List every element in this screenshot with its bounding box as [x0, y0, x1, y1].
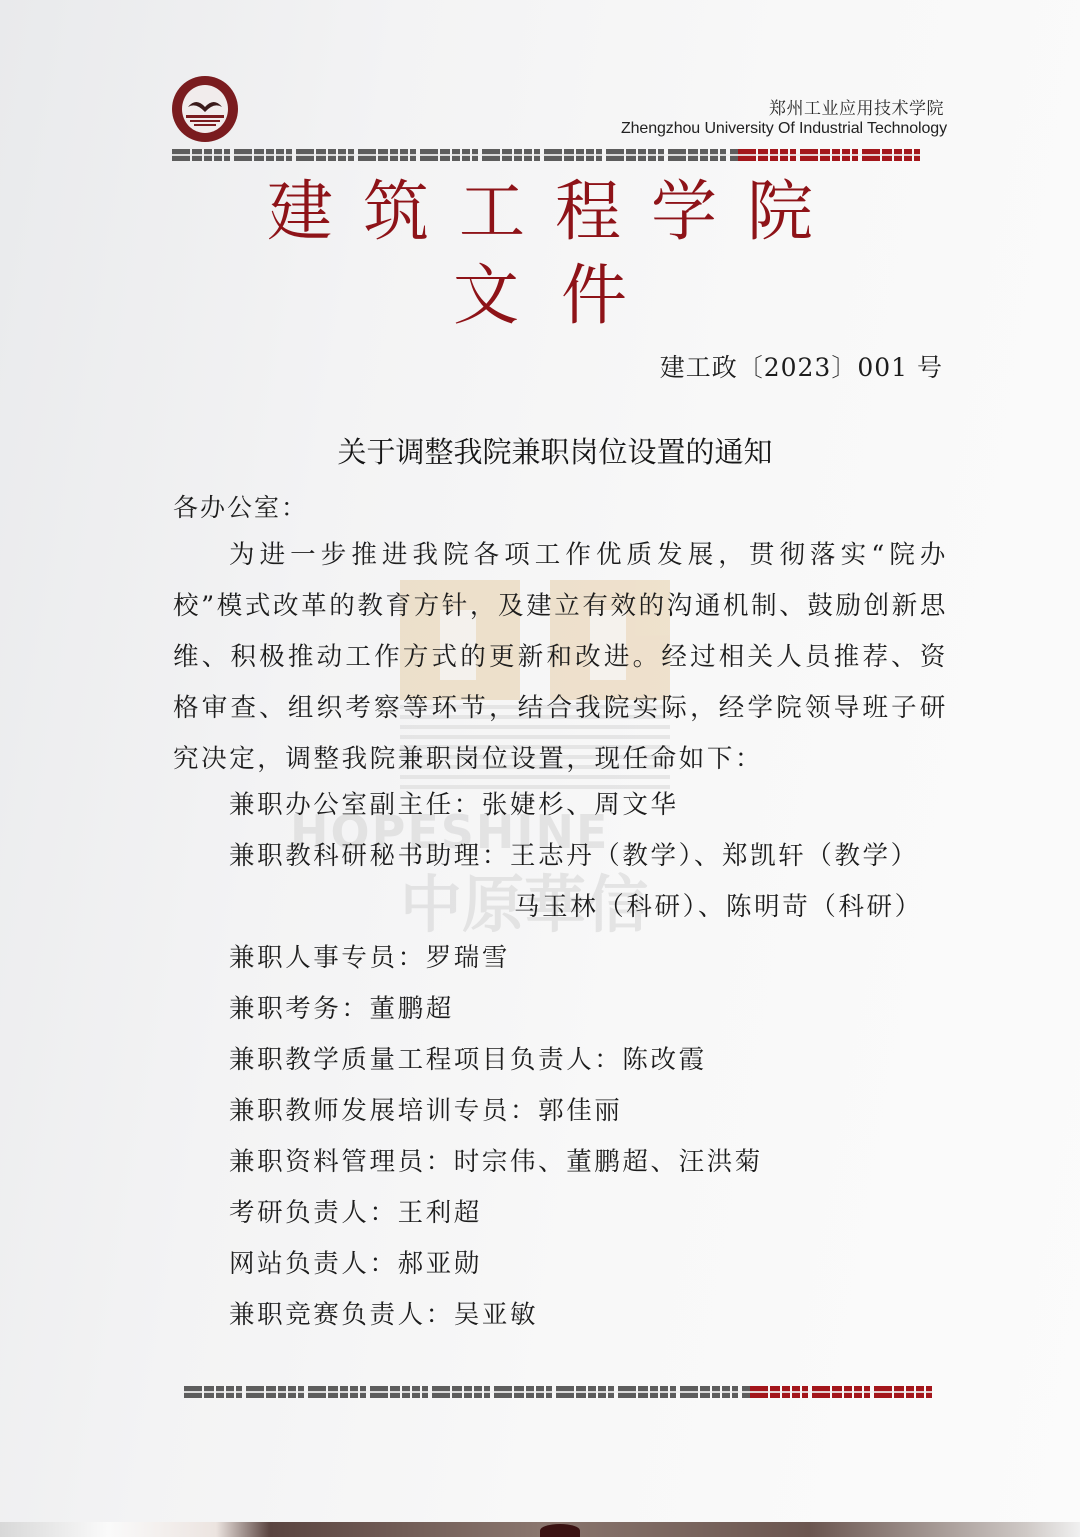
- appointment-item: 兼职资料管理员：时宗伟、董鹏超、汪洪菊: [229, 1137, 923, 1188]
- appointment-item: 兼职人事专员：罗瑞雪: [229, 933, 923, 984]
- appointment-list: 兼职办公室副主任：张婕杉、周文华 兼职教科研秘书助理：王志丹（教学）、郑凯轩（教…: [229, 780, 923, 1341]
- appointment-item: 兼职考务：董鹏超: [229, 984, 923, 1035]
- appointment-item: 兼职办公室副主任：张婕杉、周文华: [229, 780, 923, 831]
- footer-decorative-band: [184, 1386, 932, 1398]
- appointment-item-continuation: 马玉林（科研）、陈明苛（科研）: [229, 882, 923, 933]
- masthead-subtitle: 文件: [0, 256, 1080, 336]
- university-emblem-icon: [172, 76, 238, 142]
- appointment-item: 网站负责人：郝亚勋: [229, 1239, 923, 1290]
- photo-background-edge: [0, 1522, 1080, 1537]
- header-decorative-band: [172, 149, 920, 161]
- appointment-item: 考研负责人：王利超: [229, 1188, 923, 1239]
- masthead-title: 建筑工程学院: [0, 172, 1080, 252]
- appointment-item: 兼职教科研秘书助理：王志丹（教学）、郑凯轩（教学）: [229, 831, 923, 882]
- appointment-item: 兼职竞赛负责人：吴亚敏: [229, 1290, 923, 1341]
- document-page: 郑州工业应用技术学院 Zhengzhou University Of Indus…: [0, 0, 1080, 1522]
- document-number: 建工政〔2023〕001 号: [660, 348, 943, 384]
- appointment-item: 兼职教师发展培训专员：郭佳丽: [229, 1086, 923, 1137]
- addressee: 各办公室：: [173, 488, 308, 524]
- university-name-cn: 郑州工业应用技术学院: [769, 94, 944, 119]
- notice-body: 为进一步推进我院各项工作优质发展，贯彻落实“院办校”模式改革的教育方针，及建立有…: [173, 530, 948, 785]
- appointment-item: 兼职教学质量工程项目负责人：陈改霞: [229, 1035, 923, 1086]
- university-name-en: Zhengzhou University Of Industrial Techn…: [621, 120, 947, 138]
- notice-title: 关于调整我院兼职岗位设置的通知: [0, 430, 1080, 471]
